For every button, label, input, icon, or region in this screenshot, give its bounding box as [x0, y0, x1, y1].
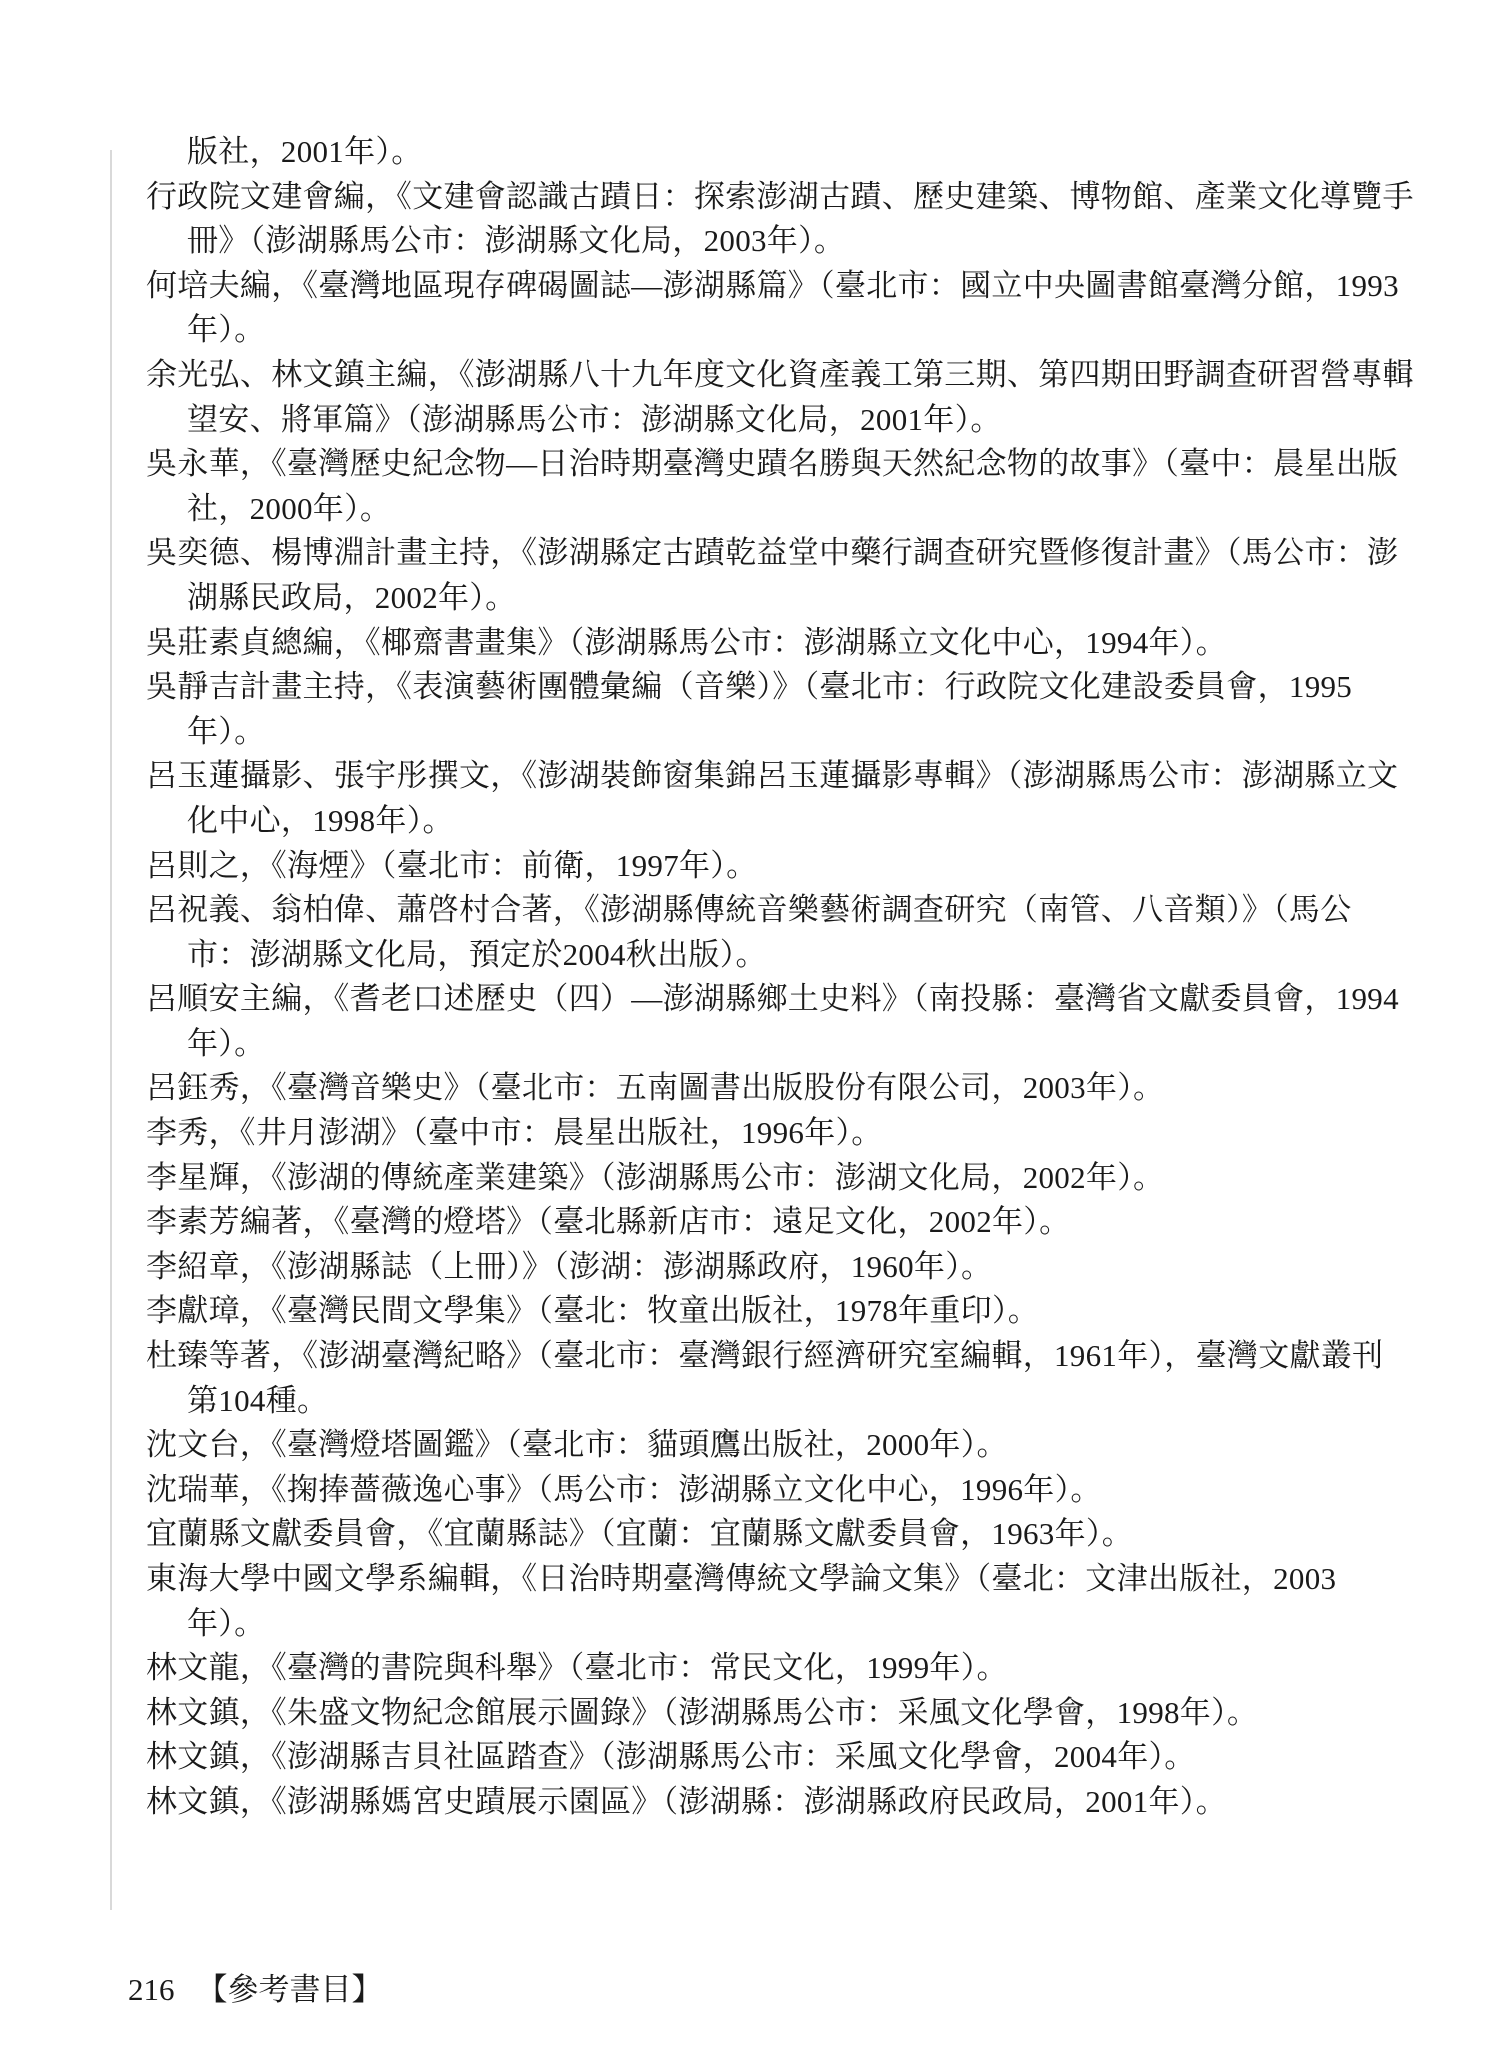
bibliography-line: 望安、將軍篇》（澎湖縣馬公市：澎湖縣文化局，2001年）。 — [187, 398, 1414, 443]
bibliography-line: 吳靜吉計畫主持，《表演藝術團體彙編（音樂）》（臺北市：行政院文化建設委員會，19… — [146, 665, 1414, 710]
bibliography-line: 呂祝義、翁柏偉、蕭啓村合著，《澎湖縣傳統音樂藝術調查研究（南管、八音類）》（馬公 — [146, 888, 1414, 933]
bibliography-line: 何培夫編，《臺灣地區現存碑碣圖誌—澎湖縣篇》（臺北市：國立中央圖書館臺灣分館，1… — [146, 264, 1414, 309]
bibliography-line: 李素芳編著，《臺灣的燈塔》（臺北縣新店市：遠足文化，2002年）。 — [146, 1200, 1414, 1245]
bibliography-line: 林文鎮，《朱盛文物紀念館展示圖錄》（澎湖縣馬公市：采風文化學會，1998年）。 — [146, 1691, 1414, 1736]
bibliography-line: 李紹章，《澎湖縣誌（上冊）》（澎湖：澎湖縣政府，1960年）。 — [146, 1245, 1414, 1290]
bibliography-line: 吳莊素貞總編，《椰齋書畫集》（澎湖縣馬公市：澎湖縣立文化中心，1994年）。 — [146, 621, 1414, 666]
bibliography-line: 年）。 — [187, 1022, 1414, 1067]
bibliography-line: 社，2000年）。 — [187, 487, 1414, 532]
bibliography-line: 東海大學中國文學系編輯，《日治時期臺灣傳統文學論文集》（臺北：文津出版社，200… — [146, 1557, 1414, 1602]
bibliography-line: 杜臻等著，《澎湖臺灣紀略》（臺北市：臺灣銀行經濟研究室編輯，1961年），臺灣文… — [146, 1334, 1414, 1379]
bibliography-list: 版社，2001年）。行政院文建會編，《文建會認識古蹟日：探索澎湖古蹟、歷史建築、… — [146, 130, 1414, 1825]
bibliography-line: 余光弘、林文鎮主編，《澎湖縣八十九年度文化資產義工第三期、第四期田野調查研習營專… — [146, 353, 1414, 398]
bibliography-line: 呂順安主編，《耆老口述歷史（四）—澎湖縣鄉土史料》（南投縣：臺灣省文獻委員會，1… — [146, 977, 1414, 1022]
bibliography-line: 年）。 — [187, 308, 1414, 353]
bibliography-line: 湖縣民政局，2002年）。 — [187, 576, 1414, 621]
bibliography-line: 沈文台，《臺灣燈塔圖鑑》（臺北市：貓頭鷹出版社，2000年）。 — [146, 1423, 1414, 1468]
bibliography-line: 版社，2001年）。 — [187, 130, 1414, 175]
bibliography-line: 呂則之，《海煙》（臺北市：前衛，1997年）。 — [146, 844, 1414, 889]
bibliography-line: 化中心，1998年）。 — [187, 799, 1414, 844]
bibliography-line: 行政院文建會編，《文建會認識古蹟日：探索澎湖古蹟、歷史建築、博物館、產業文化導覽… — [146, 175, 1414, 220]
bibliography-line: 林文鎮，《澎湖縣媽宮史蹟展示園區》（澎湖縣：澎湖縣政府民政局，2001年）。 — [146, 1780, 1414, 1825]
bibliography-line: 李獻璋，《臺灣民間文學集》（臺北：牧童出版社，1978年重印）。 — [146, 1289, 1414, 1334]
bibliography-line: 林文龍，《臺灣的書院與科舉》（臺北市：常民文化，1999年）。 — [146, 1646, 1414, 1691]
bibliography-line: 李星輝，《澎湖的傳統產業建築》（澎湖縣馬公市：澎湖文化局，2002年）。 — [146, 1156, 1414, 1201]
bibliography-line: 吳永華，《臺灣歷史紀念物—日治時期臺灣史蹟名勝與天然紀念物的故事》（臺中：晨星出… — [146, 442, 1414, 487]
bibliography-line: 吳奕德、楊博淵計畫主持，《澎湖縣定古蹟乾益堂中藥行調查研究暨修復計畫》（馬公市：… — [146, 531, 1414, 576]
bibliography-line: 年）。 — [187, 1602, 1414, 1647]
footer-section-label: 【參考書目】 — [197, 1972, 383, 2008]
bibliography-line: 年）。 — [187, 710, 1414, 755]
left-margin-rule — [110, 150, 112, 1910]
bibliography-line: 市：澎湖縣文化局，預定於2004秋出版）。 — [187, 933, 1414, 978]
bibliography-line: 林文鎮，《澎湖縣吉貝社區踏查》（澎湖縣馬公市：采風文化學會，2004年）。 — [146, 1735, 1414, 1780]
bibliography-line: 冊》（澎湖縣馬公市：澎湖縣文化局，2003年）。 — [187, 219, 1414, 264]
bibliography-line: 第104種。 — [187, 1379, 1414, 1424]
page-footer: 216 【參考書目】 — [128, 1972, 383, 2008]
bibliography-line: 呂鈺秀，《臺灣音樂史》（臺北市：五南圖書出版股份有限公司，2003年）。 — [146, 1066, 1414, 1111]
bibliography-line: 沈瑞華，《掬捧薔薇逸心事》（馬公市：澎湖縣立文化中心，1996年）。 — [146, 1468, 1414, 1513]
bibliography-line: 呂玉蓮攝影、張宇彤撰文，《澎湖裝飾窗集錦呂玉蓮攝影專輯》（澎湖縣馬公市：澎湖縣立… — [146, 754, 1414, 799]
bibliography-line: 李秀，《井月澎湖》（臺中市：晨星出版社，1996年）。 — [146, 1111, 1414, 1156]
bibliography-line: 宜蘭縣文獻委員會，《宜蘭縣誌》（宜蘭：宜蘭縣文獻委員會，1963年）。 — [146, 1512, 1414, 1557]
page-number: 216 — [128, 1972, 175, 2008]
